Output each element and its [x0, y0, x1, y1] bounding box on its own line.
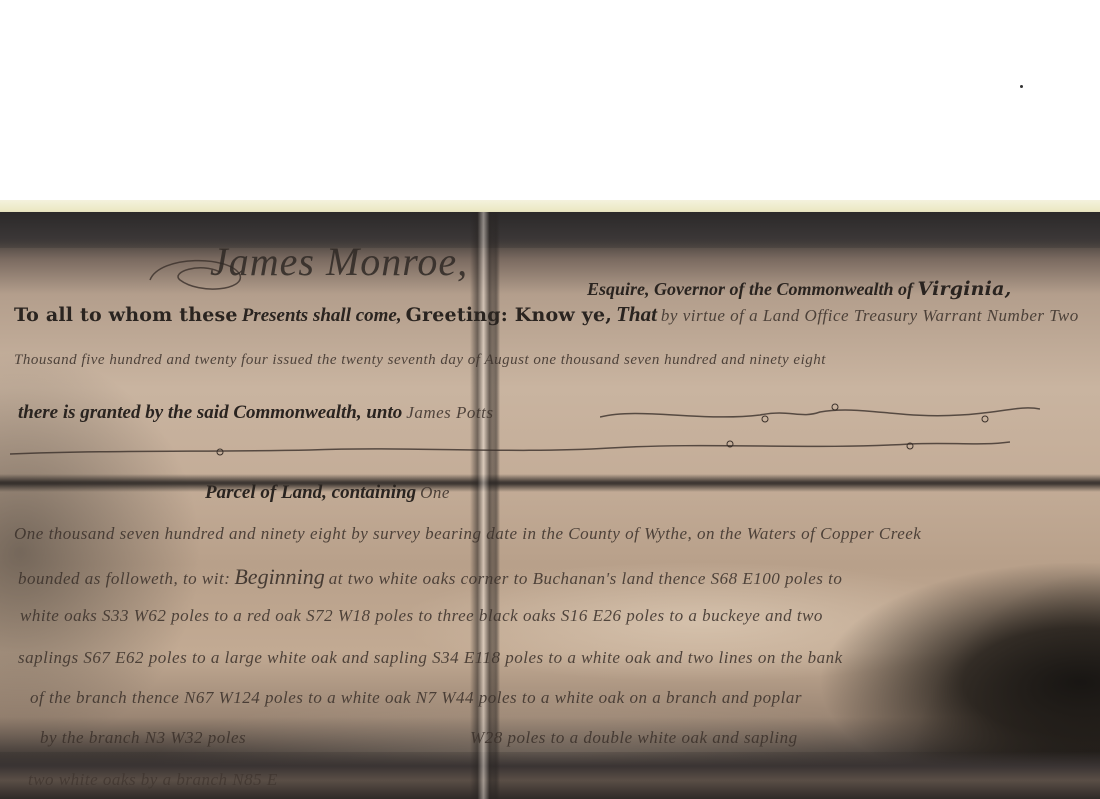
handwritten-first-call: at two white oaks corner to Buchanan's l… [329, 569, 843, 588]
title-text: Esquire, Governor of the Commonwealth of [587, 279, 913, 299]
grant-line-5: One thousand seven hundred and ninety ei… [14, 524, 921, 544]
grant-line-8: saplings S67 E62 poles to a large white … [18, 648, 843, 668]
printed-granted: there is granted by the said Commonwealt… [18, 402, 402, 423]
dark-top-border [0, 212, 1100, 248]
state-name: Virginia, [918, 278, 1012, 300]
printed-that: That [616, 302, 657, 326]
stray-dust-mark [1020, 85, 1023, 88]
handwritten-bounded: bounded as followeth, to wit: [18, 569, 230, 588]
grant-line-9: of the branch thence N67 W124 poles to a… [30, 688, 802, 708]
handwritten-line10-start: by the branch N3 W32 poles [40, 728, 246, 747]
line-filler-flourish-icon [600, 397, 1040, 427]
handwritten-line10-end: W28 poles to a double white oak and sapl… [470, 728, 797, 747]
vertical-fold-shadow [492, 212, 500, 799]
grant-line-6: bounded as followeth, to wit: Beginning … [18, 564, 842, 590]
handwritten-beginning: Beginning [234, 564, 324, 589]
grant-line-1: To all to whom these Presents shall come… [14, 302, 1079, 327]
grant-line-3: there is granted by the said Commonwealt… [18, 402, 493, 424]
handwritten-quantity-start: One [420, 483, 450, 502]
grant-line-4: Parcel of Land, containing One [205, 482, 450, 504]
grant-line-2: Thousand five hundred and twenty four is… [14, 352, 826, 369]
grant-line-7: white oaks S33 W62 poles to a red oak S7… [20, 606, 823, 626]
printed-presents: Presents shall come, [242, 305, 402, 326]
governor-name: James Monroe, [210, 238, 468, 285]
grant-line-11: two white oaks by a branch N85 E [28, 770, 278, 790]
land-grant-document: James Monroe, Esquire, Governor of the C… [0, 212, 1100, 799]
printed-greeting: Greeting: Know ye, [406, 304, 612, 326]
printed-opening: To all to whom these [14, 304, 238, 326]
handwritten-warrant: by virtue of a Land Office Treasury Warr… [661, 306, 1079, 325]
printed-parcel: Parcel of Land, containing [205, 482, 416, 503]
governor-title: Esquire, Governor of the Commonwealth of… [587, 278, 1011, 300]
grant-line-10: by the branch N3 W32 poles W28 poles to … [40, 728, 798, 748]
handwritten-grantee: James Potts [406, 403, 493, 422]
scanned-page: James Monroe, Esquire, Governor of the C… [0, 0, 1100, 799]
horizontal-fold-crease [0, 474, 1100, 492]
filler-flourish-icon [10, 432, 1010, 462]
